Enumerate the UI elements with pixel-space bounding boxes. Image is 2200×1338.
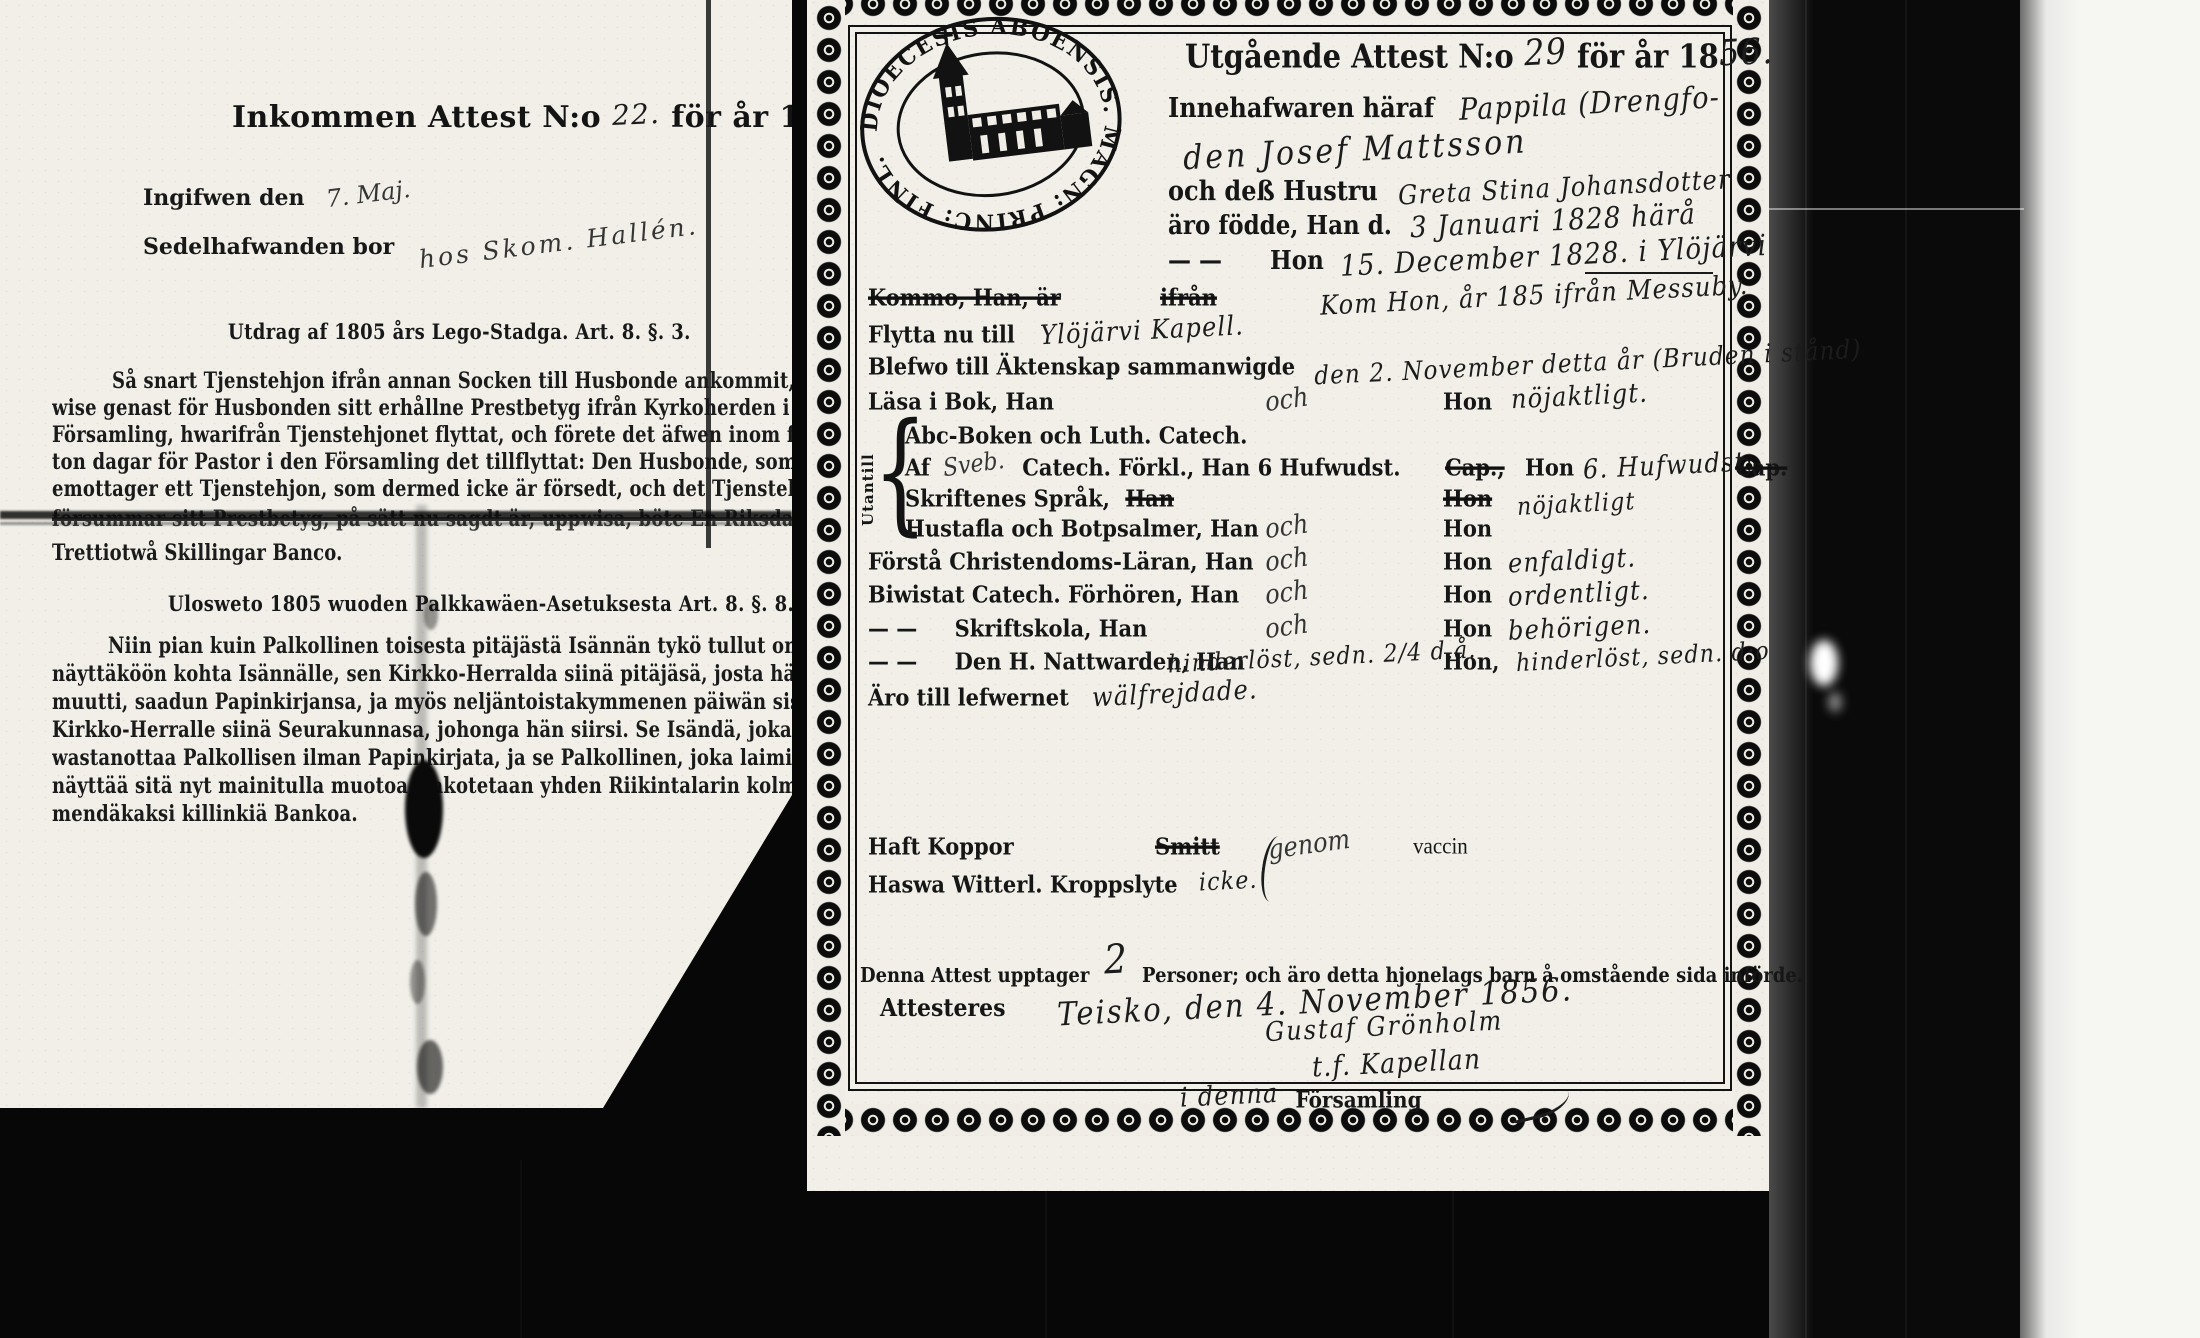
dash-marks: — — bbox=[1168, 245, 1222, 275]
dash-marks: — — bbox=[868, 647, 917, 675]
catech-hon-label: Hon bbox=[1525, 453, 1574, 481]
attended-label: Biwistat Catech. Förhören, Han bbox=[868, 580, 1239, 608]
document-line: Församling, hwarifrån Tjenstehjonet flyt… bbox=[52, 422, 794, 448]
psalms-hon-label: Hon bbox=[1443, 514, 1492, 542]
crease-line bbox=[0, 511, 792, 519]
catech-struck-cap: Cap., bbox=[1445, 453, 1505, 481]
film-scratch bbox=[1905, 0, 1907, 1338]
understand-label: Förstå Christendoms-Läran, Han bbox=[868, 547, 1254, 575]
communion-hon-label: Hon, bbox=[1443, 647, 1499, 675]
attest-header: Utgående Attest N:o 29 för år 1856. bbox=[1185, 34, 1773, 77]
catech-label: Catech. Förkl., Han 6 Hufwudst. bbox=[1022, 453, 1400, 481]
page-edge-line bbox=[706, 0, 711, 548]
pox-row: Haft Koppor Smitt genom vaccin bbox=[868, 832, 1014, 860]
microfilm-scan: Inkommen Attest N:o 22. för år 1856. Ing… bbox=[0, 0, 2200, 1338]
came-from-struck: Kommo, Han, är bbox=[868, 283, 1061, 311]
ink-blot bbox=[410, 960, 425, 1004]
abc-row: Abc-Boken och Luth. Catech. bbox=[905, 421, 1247, 449]
title-printed-year-prefix: för år 18 bbox=[671, 100, 822, 135]
catech-handwritten: Sveb. bbox=[942, 447, 1006, 483]
film-scratch bbox=[1805, 0, 1807, 1338]
signature-title-handwritten: t.f. Kapellan bbox=[1311, 1043, 1481, 1084]
received-label: Ingifwen den bbox=[143, 185, 304, 211]
married-label: Blefwo till Äktenskap sammanwigde bbox=[868, 352, 1295, 380]
holder-residence-line: Sedelhafwanden bor hos Skom. Hallén. bbox=[143, 231, 699, 260]
summary-count-handwritten: 2 bbox=[1103, 936, 1129, 983]
pox-label: Haft Koppor bbox=[868, 832, 1014, 860]
communion-row: — — Den H. Nattwarden, Han hinderlöst, s… bbox=[868, 647, 1245, 675]
pox-vaccin-label: vaccin bbox=[1413, 832, 1468, 860]
summary-label-1: Denna Attest upptager bbox=[860, 964, 1089, 988]
film-scratch bbox=[520, 1160, 522, 1338]
move-to-row: Flytta nu till Ylöjärvi Kapell. bbox=[868, 318, 1244, 349]
holder-label: Sedelhafwanden bor bbox=[143, 234, 394, 260]
swedish-section-heading: Utdrag af 1805 års Lego-Stadga. Art. 8. … bbox=[228, 320, 691, 345]
church-icon: DIOECESIS ABOENSIS. MAGN: PRINC: FINL. bbox=[844, 0, 1142, 254]
document-line: Så snart Tjenstehjon ifrån annan Socken … bbox=[52, 368, 854, 394]
holder-value-handwritten: hos Skom. Hallén. bbox=[417, 211, 700, 274]
catechism-row: Af Sveb. Catech. Förkl., Han 6 Hufwudst.… bbox=[905, 453, 1401, 482]
attest-header-printed: Utgående Attest N:o bbox=[1185, 37, 1514, 75]
attended-row: Biwistat Catech. Förhören, Han och Hon o… bbox=[868, 580, 1239, 608]
pox-struck-smitt: Smitt bbox=[1155, 832, 1220, 860]
film-edge-strip bbox=[2020, 0, 2200, 1338]
signature-title-row: t.f. Kapellan bbox=[1312, 1050, 1481, 1082]
dash-marks: — — bbox=[868, 614, 917, 642]
defect-label: Haswa Witterl. Kroppslyte bbox=[868, 870, 1178, 898]
holder-row-2: den Josef Mattsson bbox=[1183, 134, 1528, 173]
document-line: emottager ett Tjenstehjon, som dermed ic… bbox=[52, 476, 794, 502]
ink-blot bbox=[424, 600, 438, 630]
confirmation-och-handwritten: och bbox=[1263, 608, 1309, 645]
film-scratch bbox=[1769, 208, 2024, 210]
understand-hon-label: Hon bbox=[1443, 547, 1492, 575]
holder-row: Innehafwaren häraf Pappila (Drengfo- bbox=[1168, 90, 1720, 125]
scripture-label: Skriftenes Språk, bbox=[905, 484, 1110, 512]
document-line: wise genast för Husbonden sitt erhållne … bbox=[52, 395, 794, 421]
scripture-row: Skriftenes Språk, Han Hon nöjaktligt bbox=[905, 484, 1174, 512]
parish-printed: Församling bbox=[1295, 1086, 1421, 1113]
psalms-label: Hustafla och Botpsalmer, Han bbox=[905, 514, 1259, 542]
scripture-han-struck: Han bbox=[1125, 484, 1174, 512]
understand-och-handwritten: och bbox=[1263, 541, 1309, 578]
attest-number-handwritten: 29 bbox=[1523, 30, 1568, 75]
married-row: Blefwo till Äktenskap sammanwigde den 2.… bbox=[868, 352, 1862, 381]
move-to-label: Flytta nu till bbox=[868, 320, 1015, 348]
attended-och-handwritten: och bbox=[1263, 574, 1309, 611]
scripture-grade-handwritten: nöjaktligt bbox=[1517, 488, 1637, 522]
film-flare bbox=[1810, 640, 1838, 686]
attest-number-handwritten: 22. bbox=[611, 97, 661, 132]
holder-label: Innehafwaren häraf bbox=[1168, 91, 1434, 123]
wife-label: och deß Hustru bbox=[1168, 174, 1378, 206]
attested-label: Attesteres bbox=[880, 994, 1006, 1023]
conduct-handwritten: wälfrejdade. bbox=[1092, 674, 1259, 713]
signature-row: Gustaf Grönholm bbox=[1265, 1014, 1503, 1045]
parish-row: i denna Församling bbox=[1180, 1083, 1422, 1114]
defect-handwritten: icke. bbox=[1198, 866, 1258, 897]
understand-grade-handwritten: enfaldigt. bbox=[1507, 542, 1636, 580]
born-she-label: Hon bbox=[1270, 245, 1324, 275]
attest-year-handwritten: 56. bbox=[1718, 29, 1774, 74]
psalms-row: Hustafla och Botpsalmer, Han och Hon bbox=[905, 514, 1259, 542]
abc-label: Abc-Boken och Luth. Catech. bbox=[905, 421, 1247, 449]
understand-row: Förstå Christendoms-Läran, Han och Hon e… bbox=[868, 547, 1254, 575]
ink-blot bbox=[415, 872, 437, 936]
ornament-border-left bbox=[813, 0, 845, 1136]
parish-handwritten: i denna bbox=[1179, 1077, 1279, 1113]
defect-row: Haswa Witterl. Kroppslyte icke. bbox=[868, 870, 1258, 899]
received-line: Ingifwen den 7. Maj. bbox=[143, 183, 411, 211]
confirmation-row: — — Skriftskola, Han och Hon behörigen. bbox=[868, 614, 1147, 642]
scripture-hon-struck: Hon bbox=[1443, 484, 1492, 512]
ink-blot bbox=[405, 760, 443, 858]
attest-header-year-prefix: för år 18 bbox=[1577, 37, 1719, 75]
attended-hon-label: Hon bbox=[1443, 580, 1492, 608]
read-grade-handwritten: nöjaktligt. bbox=[1510, 377, 1648, 415]
left-page-title: Inkommen Attest N:o 22. för år 1856. bbox=[232, 100, 870, 135]
read-och-handwritten: och bbox=[1263, 381, 1309, 418]
ink-blot bbox=[417, 1040, 443, 1094]
psalms-och-handwritten: och bbox=[1263, 508, 1309, 545]
film-flare bbox=[1828, 692, 1842, 712]
catech-struck-cap-2: Cap. bbox=[1735, 453, 1787, 481]
received-date-handwritten: 7. Maj. bbox=[325, 175, 412, 213]
catech-af-label: Af bbox=[905, 453, 930, 481]
document-line: Niin pian kuin Palkollinen toisesta pitä… bbox=[52, 633, 850, 659]
born-he-label: äro födde, Han d. bbox=[1168, 210, 1392, 240]
conduct-row: Äro till lefwernet wälfrejdade. bbox=[868, 681, 1258, 712]
title-printed: Inkommen Attest N:o bbox=[232, 100, 601, 135]
document-line: ton dagar för Pastor i den Församling de… bbox=[52, 449, 794, 475]
right-page: DIOECESIS ABOENSIS. MAGN: PRINC: FINL. bbox=[807, 0, 1769, 1191]
confirmation-label: Skriftskola, Han bbox=[955, 614, 1148, 642]
diocese-seal: DIOECESIS ABOENSIS. MAGN: PRINC: FINL. bbox=[844, 0, 1142, 254]
left-page: Inkommen Attest N:o 22. för år 1856. Ing… bbox=[0, 0, 792, 1120]
read-hon-label: Hon bbox=[1443, 387, 1492, 415]
came-from-row: Kommo, Han, är ifrån Kom Hon, år 185 ifr… bbox=[868, 283, 1061, 311]
came-from-struck-2: ifrån bbox=[1160, 283, 1217, 311]
finnish-section-heading: Ulosweto 1805 wuoden Palkkawäen-Asetukse… bbox=[168, 592, 794, 617]
conduct-label: Äro till lefwernet bbox=[868, 683, 1069, 711]
crease-line bbox=[0, 522, 792, 525]
